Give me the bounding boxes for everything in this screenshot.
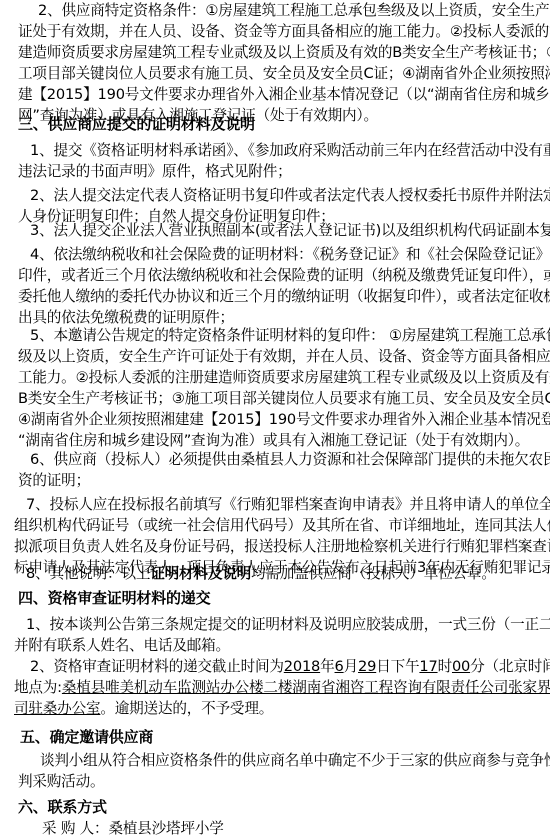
- text-line: 建造师资质要求房屋建筑工程专业贰级及以上资质及有效的B类安全生产考核证书；③施: [18, 42, 550, 63]
- item-8-bold: 证明材料及说明: [150, 565, 251, 582]
- place-suffix: 。逾期送达的，不予受理。: [100, 700, 273, 717]
- text-line: 资的证明；: [18, 470, 90, 491]
- text-line: 判采购活动。: [18, 771, 104, 792]
- year-unit: 年: [320, 658, 334, 675]
- text-line: 1、按本谈判公告第三条规定提交的证明材料及说明应胶装成册，一式三份（一正二副）: [26, 614, 550, 635]
- deadline-month: 6: [335, 658, 344, 675]
- text-line: 印件，或者近三个月依法缴纳税收和社会保险费的证明（纳税及缴费凭证复印件），或者: [18, 265, 550, 286]
- text-line: 并附有联系人姓名、电话及邮箱。: [14, 635, 230, 656]
- text-line: 拟派项目负责人姓名及身份证号码，报送投标人注册地检察机关进行行贿犯罪档案查询。投: [14, 536, 550, 557]
- section-4-heading: 四、资格审查证明材料的递交: [18, 588, 210, 609]
- text-line: 谈判小组从符合相应资格条件的供应商名单中确定不少于三家的供应商参与竞争性谈: [40, 750, 550, 771]
- text-line: 5、本邀请公告规定的特定资格条件证明材料的复印件： ①房屋建筑工程施工总承包叁: [30, 325, 550, 346]
- deadline-day: 29: [358, 658, 376, 675]
- place-value-1: 桑植县唯美机动车监测站办公楼二楼湖南省湘咨工程咨询有限责任公司张家界分公: [62, 679, 550, 696]
- text-line: 7、投标人应在投标报名前填写《行贿犯罪档案查询申请表》并且将申请人的单位全称、: [26, 494, 550, 515]
- place-value-2: 司驻桑办公室: [14, 700, 100, 717]
- minute-unit: 分（北京时间），: [470, 658, 550, 675]
- hour-unit: 时: [438, 658, 452, 675]
- text-line: 6、供应商（投标人）必须提供由桑植县人力资源和社会保障部门提供的未拖欠农民工工: [30, 449, 550, 470]
- place-line-2: 司驻桑办公室。逾期送达的，不予受理。: [14, 698, 273, 719]
- text-line: 委托他人缴纳的委托代办协议和近三个月的缴纳证明（收据复印件），或者法定征收机关: [18, 286, 550, 307]
- deadline-line: 2、资格审查证明材料的递交截止时间为2018年6月29日下午17时00分（北京时…: [30, 656, 550, 677]
- section-6-heading: 六、联系方式: [18, 797, 107, 818]
- contact-purchaser: 采 购 人：桑植县沙塔坪小学: [42, 818, 224, 835]
- text-line: 2、法人提交法定代表人资格证明书复印件或者法定代表人授权委托书原件并附法定代表: [30, 185, 550, 206]
- item-8-other-note: 8、其他说明：以上证明材料及说明均需加盖供应商（投标人）单位公章。: [26, 563, 496, 584]
- deadline-year: 2018: [284, 658, 320, 675]
- text-line: 建【2015】190号文件要求办理省外入湘企业基本情况登记（以“湖南省住房和城乡…: [18, 84, 550, 105]
- text-line: 3、法人提交企业法人营业执照副本(或者法人登记证书)以及组织机构代码证副本复印件…: [30, 220, 550, 241]
- text-line: 违法记录的书面声明》原件，格式见附件；: [18, 161, 291, 182]
- text-line: 级及以上资质，安全生产许可证处于有效期，并在人员、设备、资金等方面具备相应的施: [18, 346, 550, 367]
- text-line: 4、依法缴纳税收和社会保险费的证明材料：《税务登记证》和《社会保险登记证》的复: [30, 244, 550, 265]
- text-line: 工能力。②投标人委派的注册建造师资质要求房屋建筑工程专业贰级及以上资质及有效的: [18, 367, 550, 388]
- text-line: 工项目部关键岗位人员要求有施工员、安全员及安全员C证；④湖南省外企业须按照湘建: [18, 63, 550, 84]
- place-line-1: 地点为:桑植县唯美机动车监测站办公楼二楼湖南省湘咨工程咨询有限责任公司张家界分公: [14, 677, 550, 698]
- text-line: “湖南省住房和城乡建设网”查询为准）或具有入湘施工登记证（处于有效期内）。: [18, 430, 529, 451]
- purchaser-label: 采 购 人：: [42, 820, 108, 835]
- item-8-suffix: 均需加盖供应商（投标人）单位公章。: [251, 565, 496, 582]
- section-5-heading: 五、确定邀请供应商: [20, 727, 153, 748]
- month-unit: 月: [344, 658, 358, 675]
- deadline-minute: 00: [452, 658, 470, 675]
- text-line: 证处于有效期，并在人员、设备、资金等方面具备相应的施工能力。②投标人委派的注册: [18, 21, 550, 42]
- item-8-prefix: 8、其他说明：以上: [26, 565, 150, 582]
- text-line: ④湖南省外企业须按照湘建建【2015】190号文件要求办理省外入湘企业基本情况登…: [18, 409, 550, 430]
- place-label: 地点为:: [14, 679, 62, 696]
- deadline-hour: 17: [419, 658, 437, 675]
- text-line: 2、供应商特定资格条件：①房屋建筑工程施工总承包叁级及以上资质，安全生产许可: [38, 0, 550, 21]
- day-unit: 日下午: [376, 658, 419, 675]
- text-line: 组织机构代码证号（或统一社会信用代码号）及其所在省、市详细地址，连同其法人代表、: [14, 515, 550, 536]
- section-3-heading: 三、供应商应提交的证明材料及说明: [18, 114, 255, 135]
- deadline-prefix: 2、资格审查证明材料的递交截止时间为: [30, 658, 284, 675]
- purchaser-value: 桑植县沙塔坪小学: [108, 820, 223, 835]
- text-line: 1、提交《资格证明材料承诺函》、《参加政府采购活动前三年内在经营活动中没有重大: [30, 140, 550, 161]
- text-line: B类安全生产考核证书；③施工项目部关键岗位人员要求有施工员、安全员及安全员C证；: [18, 388, 550, 409]
